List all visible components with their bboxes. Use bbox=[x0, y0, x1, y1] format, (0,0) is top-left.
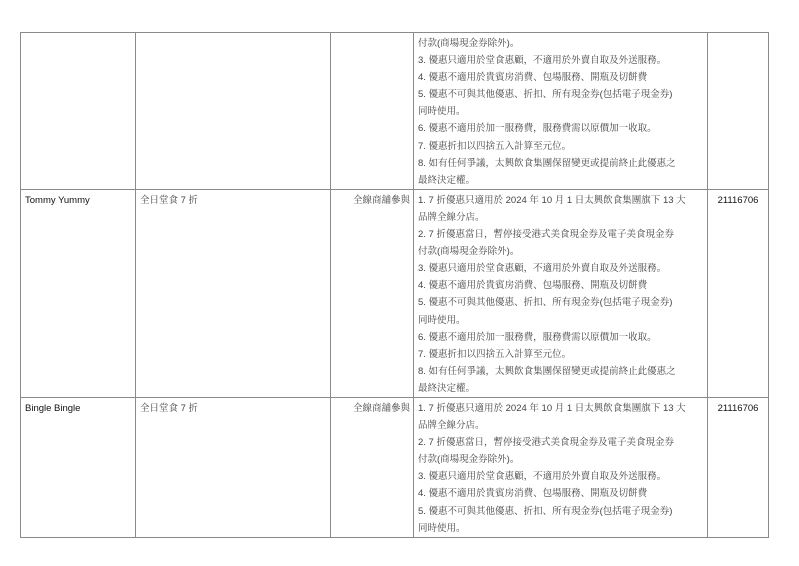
term-line: 6. 優惠不適用於加一服務費，服務費需以原價加一收取。 bbox=[418, 120, 703, 137]
table-row-bingle-bingle: Bingle Bingle 全日堂食 7 折 全線商舖參與 1. 7 折優惠只適… bbox=[21, 397, 769, 537]
scope-cell: 全線商舖參與 bbox=[331, 189, 414, 397]
term-line: 5. 優惠不可與其他優惠、折扣、所有現金券(包括電子現金券) bbox=[418, 294, 703, 311]
term-line: 7. 優惠折扣以四捨五入計算至元位。 bbox=[418, 346, 703, 363]
term-line: 2. 7 折優惠當日，暫停接受港式美食現金券及電子美食現金券 bbox=[418, 434, 703, 451]
terms-cell: 付款(商場現金券除外)。 3. 優惠只適用於堂食惠顧，不適用於外賣自取及外送服務… bbox=[414, 33, 708, 190]
promotion-table: 付款(商場現金券除外)。 3. 優惠只適用於堂食惠顧，不適用於外賣自取及外送服務… bbox=[20, 32, 769, 538]
term-line: 5. 優惠不可與其他優惠、折扣、所有現金券(包括電子現金券) bbox=[418, 503, 703, 520]
term-line: 付款(商場現金券除外)。 bbox=[418, 451, 703, 468]
offer-cell: 全日堂食 7 折 bbox=[136, 397, 331, 537]
term-line: 6. 優惠不適用於加一服務費，服務費需以原價加一收取。 bbox=[418, 329, 703, 346]
offer-cell bbox=[136, 33, 331, 190]
term-line: 付款(商場現金券除外)。 bbox=[418, 243, 703, 260]
term-line: 1. 7 折優惠只適用於 2024 年 10 月 1 日太興飲食集團旗下 13 … bbox=[418, 192, 703, 209]
brand-cell bbox=[21, 33, 136, 190]
code-cell bbox=[708, 33, 769, 190]
code-cell: 21116706 bbox=[708, 397, 769, 537]
brand-cell: Tommy Yummy bbox=[21, 189, 136, 397]
term-line: 4. 優惠不適用於貴賓房消費、包場服務、開瓶及切餅費 bbox=[418, 277, 703, 294]
term-line: 付款(商場現金券除外)。 bbox=[418, 35, 703, 52]
scope-cell bbox=[331, 33, 414, 190]
term-line: 最終決定權。 bbox=[418, 172, 703, 189]
table-row-continued: 付款(商場現金券除外)。 3. 優惠只適用於堂食惠顧，不適用於外賣自取及外送服務… bbox=[21, 33, 769, 190]
offer-cell: 全日堂食 7 折 bbox=[136, 189, 331, 397]
term-line: 同時使用。 bbox=[418, 520, 703, 537]
term-line: 4. 優惠不適用於貴賓房消費、包場服務、開瓶及切餅費 bbox=[418, 69, 703, 86]
term-line: 3. 優惠只適用於堂食惠顧，不適用於外賣自取及外送服務。 bbox=[418, 260, 703, 277]
brand-cell: Bingle Bingle bbox=[21, 397, 136, 537]
term-line: 8. 如有任何爭議，太興飲食集團保留變更或提前終止此優惠之 bbox=[418, 363, 703, 380]
table-row-tommy-yummy: Tommy Yummy 全日堂食 7 折 全線商舖參與 1. 7 折優惠只適用於… bbox=[21, 189, 769, 397]
term-line: 4. 優惠不適用於貴賓房消費、包場服務、開瓶及切餅費 bbox=[418, 485, 703, 502]
scope-cell: 全線商舖參與 bbox=[331, 397, 414, 537]
code-cell: 21116706 bbox=[708, 189, 769, 397]
term-line: 同時使用。 bbox=[418, 103, 703, 120]
term-line: 2. 7 折優惠當日，暫停接受港式美食現金券及電子美食現金券 bbox=[418, 226, 703, 243]
term-line: 1. 7 折優惠只適用於 2024 年 10 月 1 日太興飲食集團旗下 13 … bbox=[418, 400, 703, 417]
term-line: 5. 優惠不可與其他優惠、折扣、所有現金券(包括電子現金券) bbox=[418, 86, 703, 103]
term-line: 品牌全線分店。 bbox=[418, 417, 703, 434]
term-line: 8. 如有任何爭議，太興飲食集團保留變更或提前終止此優惠之 bbox=[418, 155, 703, 172]
term-line: 最終決定權。 bbox=[418, 380, 703, 397]
term-line: 品牌全線分店。 bbox=[418, 209, 703, 226]
term-line: 7. 優惠折扣以四捨五入計算至元位。 bbox=[418, 138, 703, 155]
term-line: 3. 優惠只適用於堂食惠顧，不適用於外賣自取及外送服務。 bbox=[418, 52, 703, 69]
terms-cell: 1. 7 折優惠只適用於 2024 年 10 月 1 日太興飲食集團旗下 13 … bbox=[414, 397, 708, 537]
terms-cell: 1. 7 折優惠只適用於 2024 年 10 月 1 日太興飲食集團旗下 13 … bbox=[414, 189, 708, 397]
term-line: 3. 優惠只適用於堂食惠顧，不適用於外賣自取及外送服務。 bbox=[418, 468, 703, 485]
term-line: 同時使用。 bbox=[418, 312, 703, 329]
